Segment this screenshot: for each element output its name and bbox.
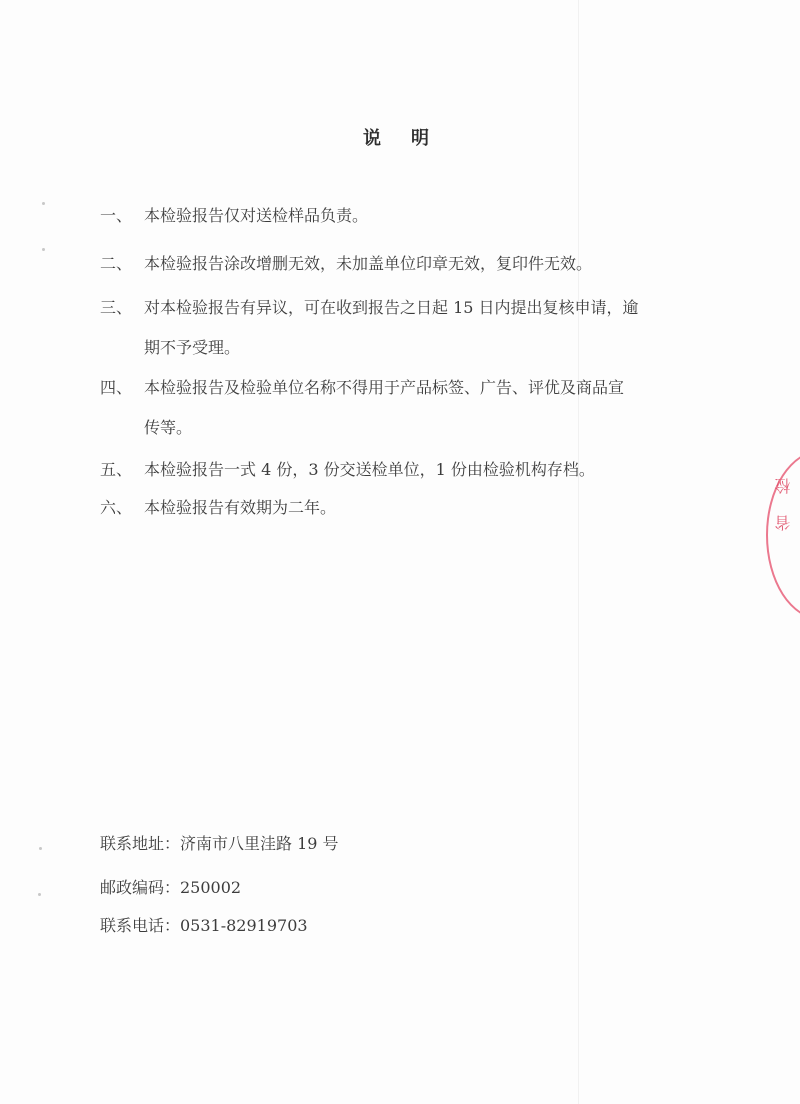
clause-text: 本检验报告仅对送检样品负责。 <box>144 206 368 225</box>
clause-text: 本检验报告及检验单位名称不得用于产品标签、广告、评优及商品宣 <box>144 378 624 397</box>
clause-1: 一、本检验报告仅对送检样品负责。 <box>100 208 368 224</box>
clause-2: 二、本检验报告涂改增删无效，未加盖单位印章无效，复印件无效。 <box>100 256 592 272</box>
clause-6: 六、本检验报告有效期为二年。 <box>100 500 336 516</box>
clause-3: 三、对本检验报告有异议，可在收到报告之日起 15 日内提出复核申请，逾 期不予受… <box>100 300 639 316</box>
clause-text: 本检验报告一式 4 份，3 份交送检单位，1 份由检验机构存档。 <box>144 460 595 479</box>
clause-continuation: 期不予受理。 <box>144 340 240 356</box>
clause-number: 三、 <box>100 300 144 316</box>
page-title: 说明 <box>0 124 800 150</box>
clause-4: 四、本检验报告及检验单位名称不得用于产品标签、广告、评优及商品宣 传等。 <box>100 380 624 396</box>
clause-number: 一、 <box>100 208 144 224</box>
contact-phone: 联系电话：0531-82919703 <box>100 918 308 934</box>
clause-number: 五、 <box>100 462 144 478</box>
clause-5: 五、本检验报告一式 4 份，3 份交送检单位，1 份由检验机构存档。 <box>100 462 595 478</box>
document-page: 说明 一、本检验报告仅对送检样品负责。 二、本检验报告涂改增删无效，未加盖单位印… <box>0 0 800 1104</box>
seal-text: 省 检 <box>772 470 795 531</box>
scan-dot <box>39 847 42 850</box>
scan-fold-line <box>578 0 579 1104</box>
clause-number: 六、 <box>100 500 144 516</box>
clause-text: 对本检验报告有异议，可在收到报告之日起 15 日内提出复核申请，逾 <box>144 298 639 317</box>
clause-number: 四、 <box>100 380 144 396</box>
contact-postcode: 邮政编码：250002 <box>100 880 241 896</box>
official-seal-stamp: 省 检 <box>752 450 800 620</box>
clause-number: 二、 <box>100 256 144 272</box>
scan-dot <box>42 202 45 205</box>
clause-continuation: 传等。 <box>144 420 192 436</box>
clause-text: 本检验报告有效期为二年。 <box>144 498 336 517</box>
contact-address: 联系地址：济南市八里洼路 19 号 <box>100 836 339 852</box>
clause-text: 本检验报告涂改增删无效，未加盖单位印章无效，复印件无效。 <box>144 254 592 273</box>
scan-dot <box>38 893 41 896</box>
scan-dot <box>42 248 45 251</box>
